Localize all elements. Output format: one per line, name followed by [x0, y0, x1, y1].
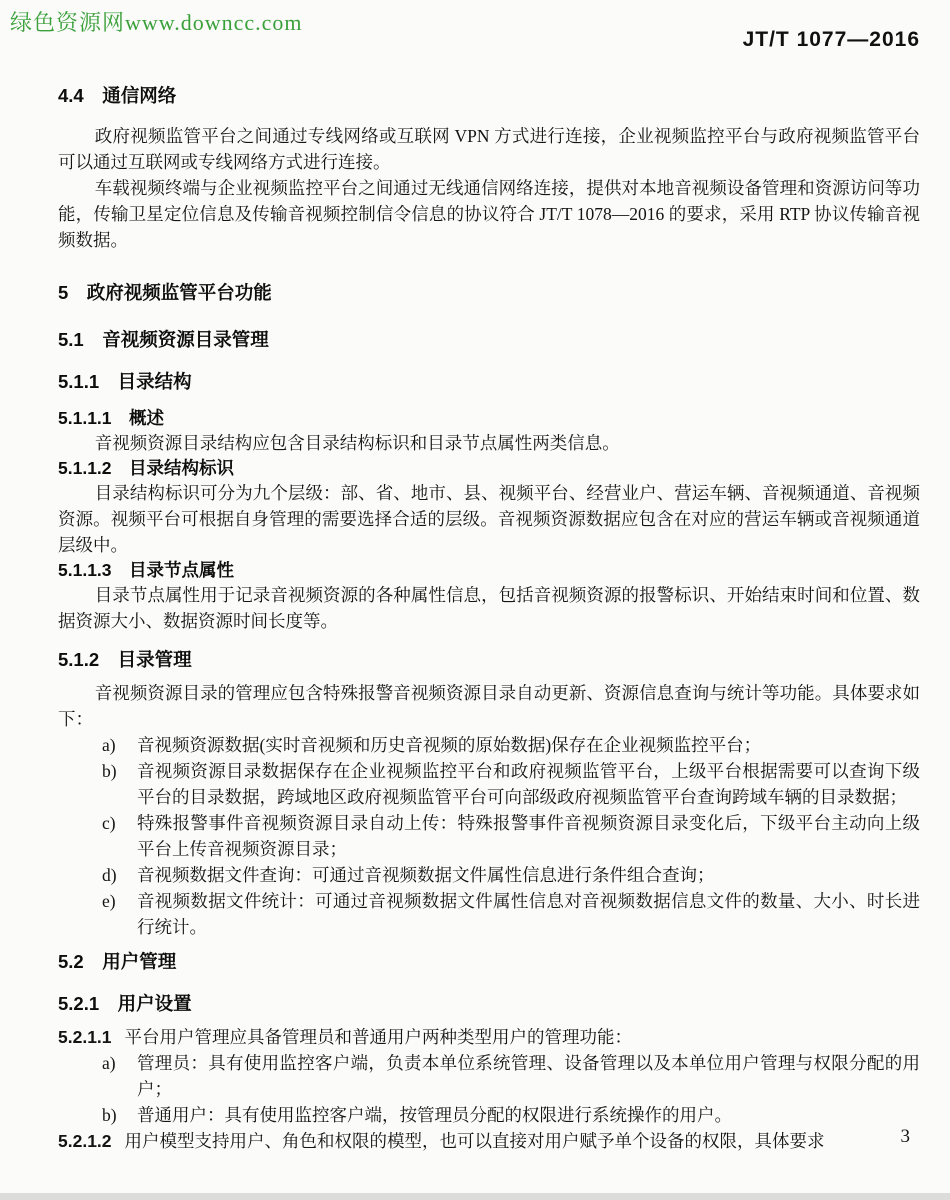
- list-item-d: d) 音视频数据文件查询：可通过音视频数据文件属性信息进行条件组合查询；: [58, 862, 920, 888]
- list-item-label: c): [102, 810, 137, 862]
- section-heading-5: 5 政府视频监管平台功能: [58, 281, 920, 304]
- list-item-a: a) 管理员：具有使用监控客户端，负责本单位系统管理、设备管理以及本单位用户管理…: [58, 1050, 920, 1102]
- paragraph-4-4-2: 车载视频终端与企业视频监控平台之间通过无线通信网络连接，提供对本地音视频设备管理…: [58, 175, 920, 253]
- scan-edge-strip: [0, 1193, 950, 1200]
- list-item-text: 普通用户：具有使用监控客户端，按管理员分配的权限进行系统操作的用户。: [137, 1102, 920, 1128]
- list-item-e: e) 音视频数据文件统计：可通过音视频数据文件属性信息对音视频数据信息文件的数量…: [58, 888, 920, 940]
- section-heading-5-1-1-2: 5.1.1.2 目录结构标识: [58, 457, 920, 480]
- clause-5-2-1-2: 5.2.1.2用户模型支持用户、角色和权限的模型，也可以直接对用户赋予单个设备的…: [58, 1128, 920, 1154]
- paragraph-5-1-1-1: 音视频资源目录结构应包含目录结构标识和目录节点属性两类信息。: [58, 430, 920, 456]
- list-item-text: 音视频资源目录数据保存在企业视频监控平台和政府视频监管平台，上级平台根据需要可以…: [137, 758, 920, 810]
- paragraph-5-1-2: 音视频资源目录的管理应包含特殊报警音视频资源目录自动更新、资源信息查询与统计等功…: [58, 680, 920, 732]
- page-number: 3: [901, 1126, 911, 1148]
- clause-number: 5.2.1.2: [58, 1131, 112, 1151]
- clause-5-2-1-1: 5.2.1.1平台用户管理应具备管理员和普通用户两种类型用户的管理功能：: [58, 1024, 920, 1050]
- section-heading-5-1: 5.1 音视频资源目录管理: [58, 328, 920, 351]
- list-item-label: b): [102, 1102, 137, 1128]
- list-item-a: a) 音视频资源数据(实时音视频和历史音视频的原始数据)保存在企业视频监控平台；: [58, 732, 920, 758]
- document-body: 4.4 通信网络 政府视频监管平台之间通过专线网络或互联网 VPN 方式进行连接…: [58, 84, 920, 1154]
- list-item-label: b): [102, 758, 137, 810]
- section-heading-5-1-1-1: 5.1.1.1 概述: [58, 407, 920, 430]
- list-item-c: c) 特殊报警事件音视频资源目录自动上传：特殊报警事件音视频资源目录变化后，下级…: [58, 810, 920, 862]
- list-item-text: 音视频数据文件统计：可通过音视频数据文件属性信息对音视频数据信息文件的数量、大小…: [137, 888, 920, 940]
- paragraph-4-4-1: 政府视频监管平台之间通过专线网络或互联网 VPN 方式进行连接，企业视频监控平台…: [58, 123, 920, 175]
- paragraph-5-1-1-2: 目录结构标识可分为九个层级：部、省、地市、县、视频平台、经营业户、营运车辆、音视…: [58, 480, 920, 558]
- paragraph-5-1-1-3: 目录节点属性用于记录音视频资源的各种属性信息，包括音视频资源的报警标识、开始结束…: [58, 582, 920, 634]
- clause-number: 5.2.1.1: [58, 1027, 112, 1047]
- section-heading-5-2: 5.2 用户管理: [58, 950, 920, 973]
- list-item-label: a): [102, 732, 137, 758]
- clause-text: 平台用户管理应具备管理员和普通用户两种类型用户的管理功能：: [125, 1027, 633, 1047]
- list-item-label: d): [102, 862, 137, 888]
- section-heading-4-4: 4.4 通信网络: [58, 84, 920, 107]
- list-item-b: b) 音视频资源目录数据保存在企业视频监控平台和政府视频监管平台，上级平台根据需…: [58, 758, 920, 810]
- list-item-text: 管理员：具有使用监控客户端，负责本单位系统管理、设备管理以及本单位用户管理与权限…: [137, 1050, 920, 1102]
- list-item-text: 特殊报警事件音视频资源目录自动上传：特殊报警事件音视频资源目录变化后，下级平台主…: [137, 810, 920, 862]
- list-item-b: b) 普通用户：具有使用监控客户端，按管理员分配的权限进行系统操作的用户。: [58, 1102, 920, 1128]
- list-item-text: 音视频数据文件查询：可通过音视频数据文件属性信息进行条件组合查询；: [137, 862, 920, 888]
- section-heading-5-1-2: 5.1.2 目录管理: [58, 648, 920, 671]
- section-heading-5-1-1-3: 5.1.1.3 目录节点属性: [58, 559, 920, 582]
- list-item-label: a): [102, 1050, 137, 1102]
- document-number: JT/T 1077—2016: [743, 28, 920, 52]
- watermark-text: 绿色资源网www.downcc.com: [10, 6, 303, 37]
- section-heading-5-1-1: 5.1.1 目录结构: [58, 370, 920, 393]
- clause-text: 用户模型支持用户、角色和权限的模型，也可以直接对用户赋予单个设备的权限，具体要求: [125, 1131, 825, 1151]
- section-heading-5-2-1: 5.2.1 用户设置: [58, 992, 920, 1015]
- list-item-text: 音视频资源数据(实时音视频和历史音视频的原始数据)保存在企业视频监控平台；: [137, 732, 920, 758]
- list-item-label: e): [102, 888, 137, 940]
- scanned-standard-page: { "watermark": "绿色资源网www.downcc.com", "h…: [0, 0, 950, 1200]
